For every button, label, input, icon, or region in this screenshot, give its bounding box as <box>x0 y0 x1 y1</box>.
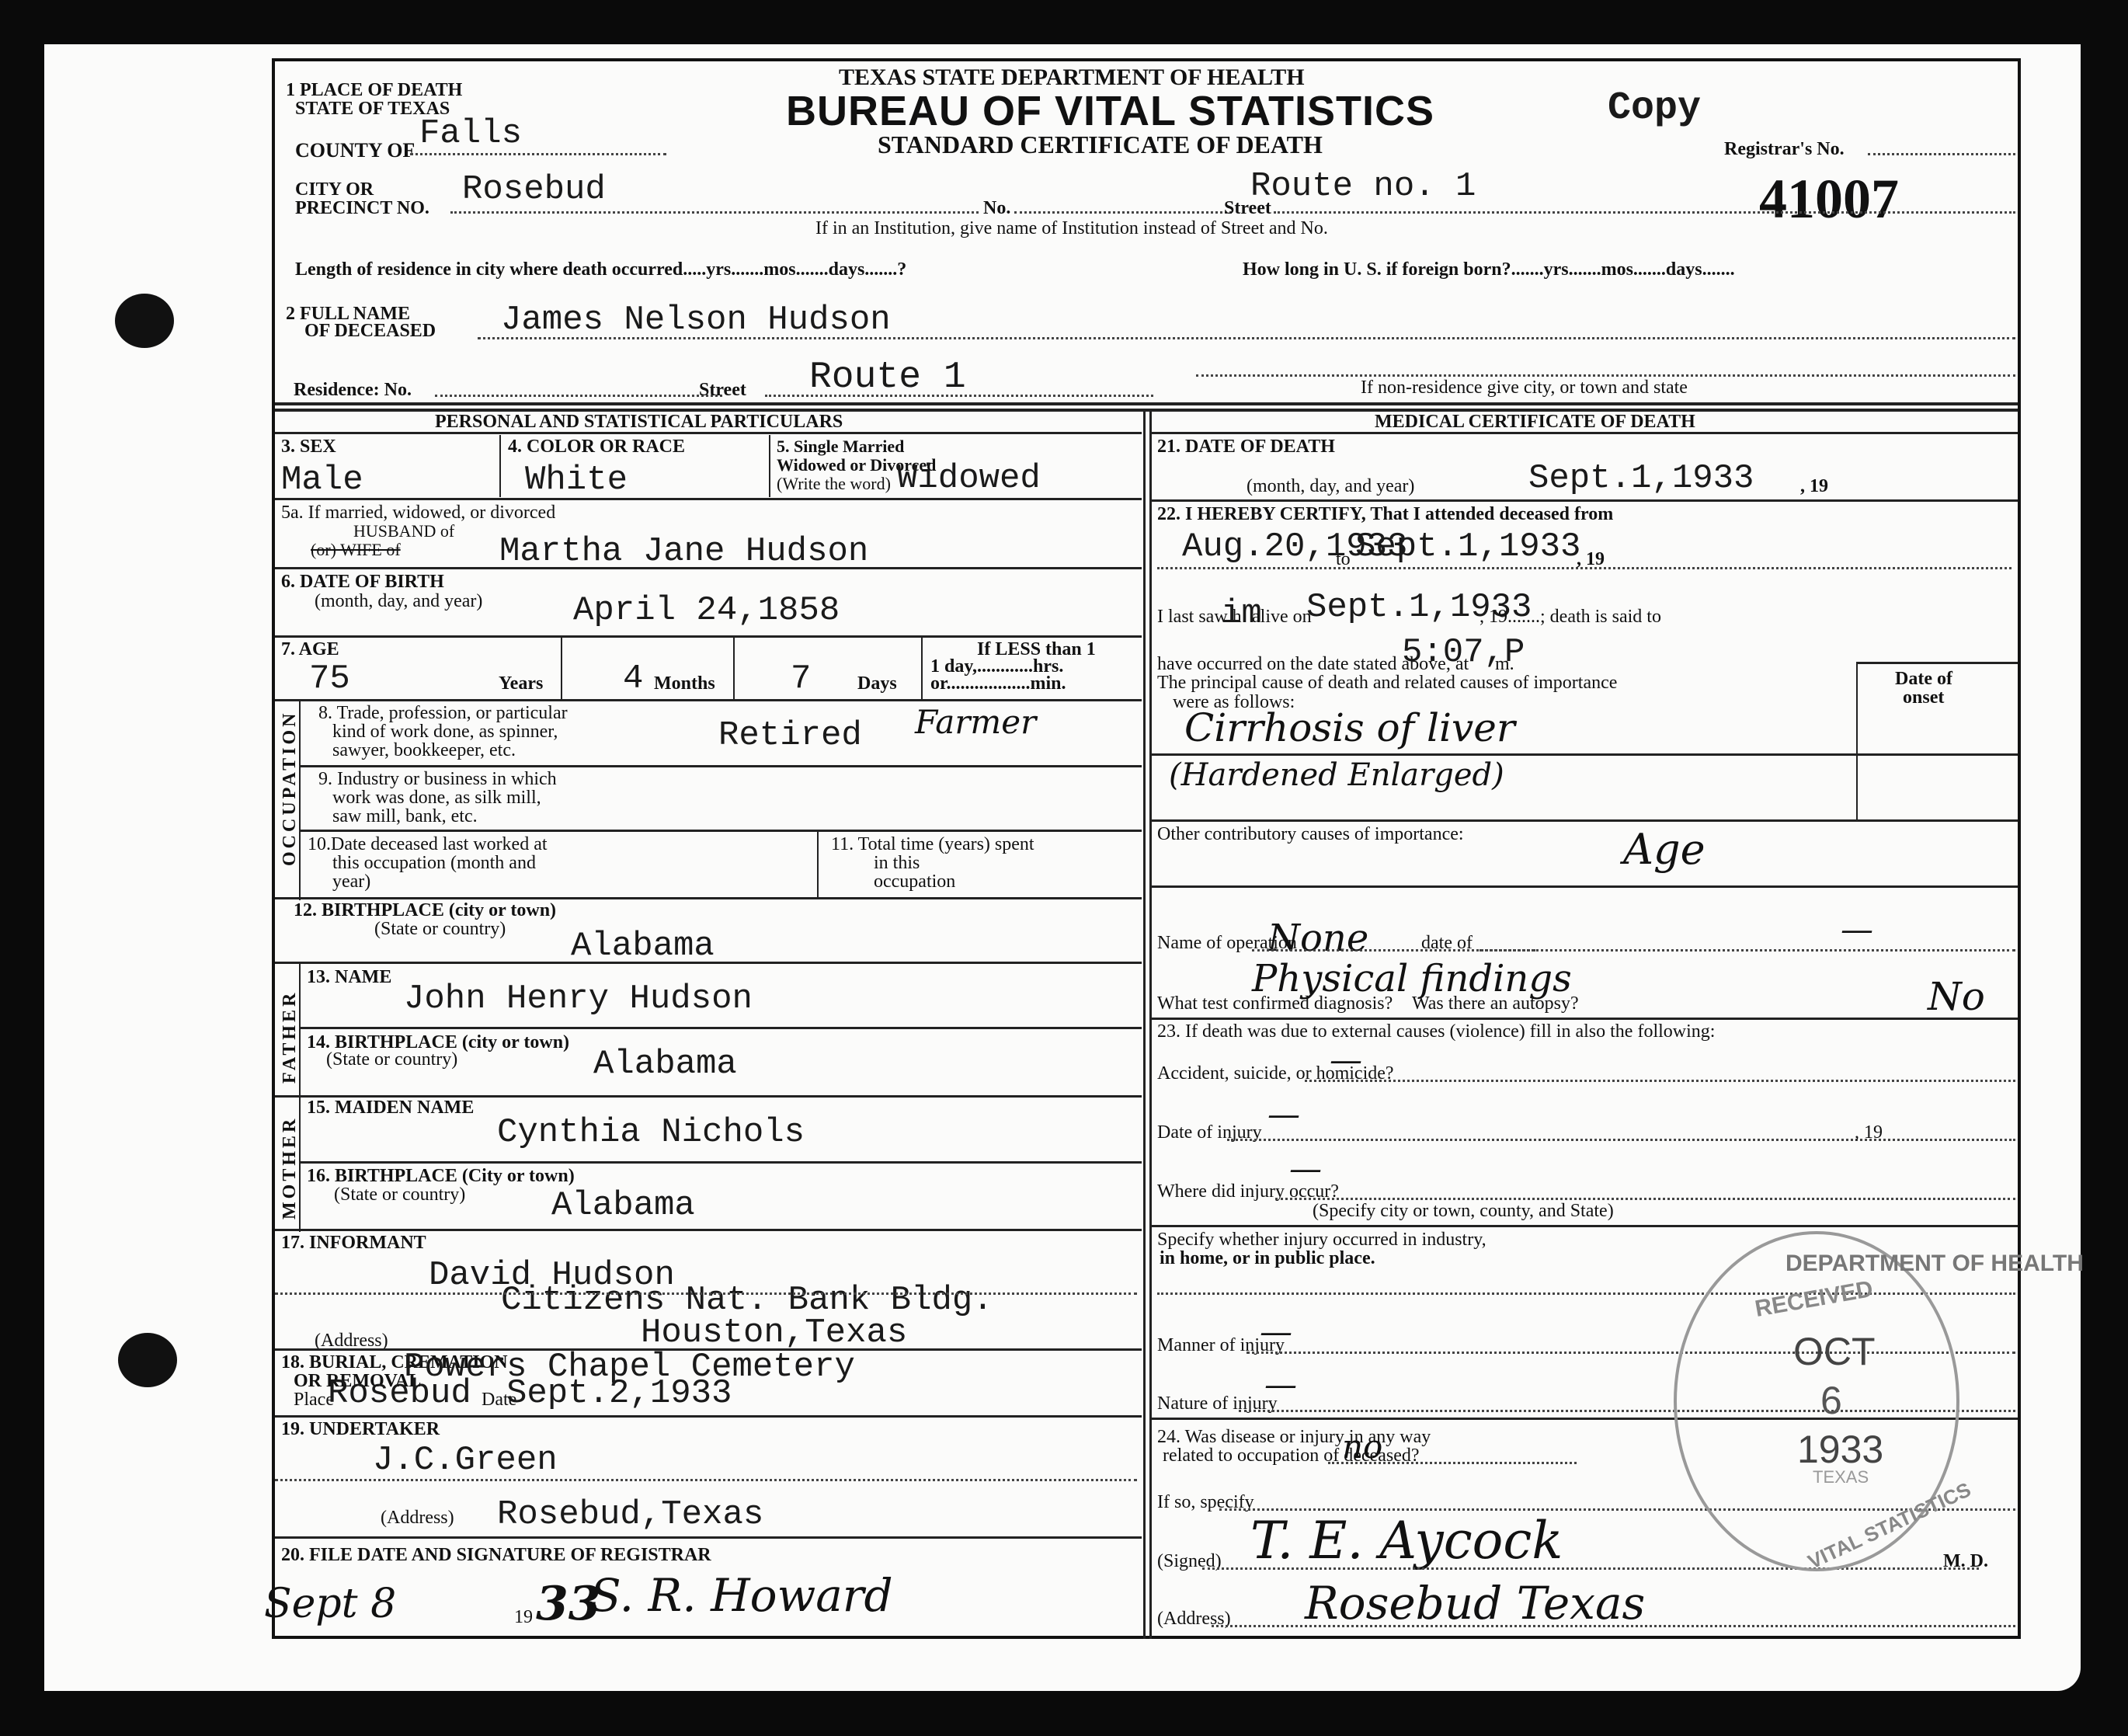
divider <box>275 402 2018 405</box>
stamp-received: RECEIVED <box>1753 1277 1875 1322</box>
registrar-year-prefix: 19 <box>514 1608 533 1627</box>
mother-birthplace-label-2: (State or country) <box>334 1185 465 1205</box>
mother-side-label: MOTHER <box>280 1116 301 1219</box>
physician-signature: T. E. Aycock <box>1250 1511 1563 1571</box>
divider <box>1152 499 2018 502</box>
trade-label-1: 8. Trade, profession, or particular <box>318 704 568 723</box>
punch-hole-top <box>115 294 174 348</box>
divider <box>275 498 1142 500</box>
dod-sub-label: (month, day, and year) <box>1247 477 1414 496</box>
punch-hole-bottom <box>118 1333 177 1387</box>
attended-to: Sept.1,1933 <box>1355 530 1580 564</box>
race-value: White <box>525 463 628 497</box>
dod-value: Sept.1,1933 <box>1528 461 1754 496</box>
injury-setting-label-2: in home, or in public place. <box>1160 1249 1375 1268</box>
undertaker-label: 19. UNDERTAKER <box>281 1420 440 1439</box>
county-value: Falls <box>419 117 522 151</box>
residence-no-line <box>435 395 722 397</box>
cell-divider <box>921 637 923 699</box>
onset-divider <box>1856 662 1858 821</box>
cell-divider <box>733 637 735 699</box>
autopsy-label: Was there an autopsy? <box>1412 994 1579 1014</box>
birthplace-label-2: (State or country) <box>374 920 506 939</box>
informant-line <box>275 1292 1137 1295</box>
divider <box>275 1415 1142 1418</box>
divider <box>1152 432 2018 434</box>
no-label: No. <box>983 199 1010 218</box>
residence-length-label: Length of residence in city where death … <box>295 260 906 280</box>
cell-divider <box>817 831 819 897</box>
full-name-value: James Nelson Hudson <box>501 303 891 337</box>
injury-place-note: (Specify city or town, county, and State… <box>1313 1202 1614 1221</box>
foreign-born-label: How long in U. S. if foreign born?......… <box>1243 260 1735 280</box>
operation-value: None <box>1267 917 1368 960</box>
contributory-label: Other contributory causes of importance: <box>1157 825 1464 844</box>
residence-street-line <box>765 395 1153 397</box>
copy-mark: Copy <box>1608 89 1701 128</box>
divider <box>275 567 1142 569</box>
street-line <box>1274 211 2015 214</box>
dod-suffix: , 19 <box>1800 477 1828 496</box>
time-suffix: m. <box>1495 655 1514 674</box>
column-divider <box>1143 412 1146 1639</box>
divider <box>1152 819 2018 822</box>
trade-label-3: sawyer, bookkeeper, etc. <box>332 741 516 760</box>
informant-address-line-2: Houston,Texas <box>641 1316 907 1350</box>
burial-date: Sept.2,1933 <box>506 1376 732 1411</box>
residence-street-value: Route 1 <box>809 359 966 396</box>
dob-value: April 24,1858 <box>573 593 840 628</box>
undertaker-line <box>275 1479 1137 1481</box>
industry-label-1: 9. Industry or business in which <box>318 770 557 789</box>
nature-value: — <box>1264 1365 1297 1404</box>
injury-setting-label-1: Specify whether injury occurred in indus… <box>1157 1230 1486 1250</box>
divider <box>275 699 1142 701</box>
onset-label-1: Date of <box>1895 670 1952 689</box>
md-label: M. D. <box>1943 1552 1988 1571</box>
certify-label: 22. I HEREBY CERTIFY, That I attended de… <box>1157 505 1613 524</box>
divider <box>275 1536 1142 1539</box>
no-line <box>1014 211 1232 214</box>
cause-2: (Hardened Enlarged) <box>1169 757 1504 793</box>
mother-birthplace-value: Alabama <box>551 1188 695 1223</box>
personal-heading: PERSONAL AND STATISTICAL PARTICULARS <box>435 412 843 432</box>
father-name-label: 13. NAME <box>307 968 391 987</box>
full-name-line <box>478 337 2015 339</box>
operation-date-line <box>1480 949 2015 951</box>
cell-divider <box>769 435 770 497</box>
spouse-label-1: 5a. If married, widowed, or divorced <box>281 503 555 523</box>
external-label: 23. If death was due to external causes … <box>1157 1022 1715 1042</box>
divider <box>301 765 1142 767</box>
injury-place-value: — <box>1289 1150 1322 1188</box>
city-label-2: PRECINCT NO. <box>295 199 429 218</box>
mother-birthplace-label-1: 16. BIRTHPLACE (City or town) <box>307 1167 575 1186</box>
bureau-title: BUREAU OF VITAL STATISTICS <box>786 87 1434 135</box>
birthplace-label-1: 12. BIRTHPLACE (city or town) <box>294 901 556 920</box>
occupational-label-1: 24. Was disease or injury in any way <box>1157 1428 1431 1447</box>
injury-date-suffix: , 19 <box>1855 1123 1883 1143</box>
certificate-title: STANDARD CERTIFICATE OF DEATH <box>878 132 1323 158</box>
institution-note: If in an Institution, give name of Insti… <box>815 219 1328 238</box>
father-name-value: John Henry Hudson <box>404 982 753 1016</box>
cell-divider <box>561 637 562 699</box>
full-name-label-2: OF DECEASED <box>304 322 436 341</box>
registrar-signature: S. R. Howard <box>590 1569 893 1622</box>
spouse-label-2: HUSBAND of <box>353 522 454 540</box>
medical-heading: MEDICAL CERTIFICATE OF DEATH <box>1375 412 1695 432</box>
accident-value: — <box>1330 1041 1362 1079</box>
stamp-top-text: DEPARTMENT OF HEALTH <box>1786 1251 2084 1276</box>
county-label: COUNTY OF <box>295 140 415 161</box>
registrar-no-line <box>1868 153 2015 155</box>
occupational-line <box>1328 1462 1577 1464</box>
divider <box>275 962 1142 964</box>
divider <box>1856 662 2018 664</box>
death-said-label: , 19.......; death is said to <box>1480 607 1661 627</box>
divider <box>275 897 1142 899</box>
alive-on-label: alive on <box>1252 607 1312 627</box>
spouse-value: Martha Jane Hudson <box>499 534 868 569</box>
physician-address: Rosebud Texas <box>1305 1577 1645 1630</box>
trade-label-2: kind of work done, as spinner, <box>332 722 558 742</box>
father-side-label: FATHER <box>280 990 301 1084</box>
manner-value: — <box>1260 1313 1292 1351</box>
column-divider <box>1149 412 1152 1639</box>
divider <box>275 1229 1142 1231</box>
informant-address-line-1: Citizens Nat. Bank Bldg. <box>501 1283 993 1317</box>
dob-label-2: (month, day, and year) <box>315 592 482 611</box>
race-label: 4. COLOR OR RACE <box>508 437 685 457</box>
stamp-year: 1933 <box>1797 1427 1883 1472</box>
divider <box>1152 1018 2018 1020</box>
divider <box>1152 753 2018 756</box>
attended-suffix: , 19 <box>1577 550 1605 569</box>
father-birthplace-label-2: (State or country) <box>326 1050 457 1070</box>
city-line <box>450 211 979 214</box>
address-line <box>1212 1625 2015 1627</box>
marital-label-1: 5. Single Married <box>777 437 904 455</box>
registrar-label: 20. FILE DATE AND SIGNATURE OF REGISTRAR <box>281 1546 711 1565</box>
stamp-month: OCT <box>1793 1329 1876 1374</box>
mother-name-value: Cynthia Nichols <box>497 1115 805 1150</box>
industry-label-3: saw mill, bank, etc. <box>332 807 478 826</box>
undertaker-address: Rosebud,Texas <box>497 1498 763 1532</box>
contributory-value: Age <box>1623 825 1706 874</box>
nonresidence-line <box>1196 374 2015 377</box>
divider <box>1152 1225 2018 1227</box>
totaltime-label-3: occupation <box>874 872 955 892</box>
divider <box>1152 885 2018 888</box>
residence-no-label: Residence: No. <box>294 381 412 400</box>
registrar-number: 41007 <box>1759 167 1899 231</box>
age-years-value: 75 <box>309 662 350 696</box>
burial-place: Rosebud <box>328 1376 471 1411</box>
age-label: 7. AGE <box>281 640 339 659</box>
marital-value: Widowed <box>897 461 1041 496</box>
stamp-state: TEXAS <box>1813 1467 1869 1487</box>
street-value: Route no. 1 <box>1250 169 1476 204</box>
cause-1: Cirrhosis of liver <box>1184 705 1515 750</box>
lastwork-label-3: year) <box>332 872 370 892</box>
to-label: to <box>1336 550 1351 569</box>
operation-date-value: — <box>1841 910 1873 948</box>
industry-label-2: work was done, as silk mill, <box>332 788 541 808</box>
totaltime-label-2: in this <box>874 854 920 873</box>
mother-name-label: 15. MAIDEN NAME <box>307 1098 474 1118</box>
injury-place-line <box>1275 1198 2015 1200</box>
cause-label-1: The principal cause of death and related… <box>1157 673 1617 693</box>
divider <box>275 635 1142 638</box>
divider <box>301 830 1142 832</box>
birthplace-value: Alabama <box>571 929 715 963</box>
county-line <box>410 153 666 155</box>
injury-date-value: — <box>1267 1095 1300 1133</box>
divider <box>301 1027 1142 1029</box>
operation-date-label: date of <box>1421 934 1473 953</box>
registrar-file-date: Sept 8 <box>264 1581 396 1627</box>
residence-street-label: Street <box>699 381 746 400</box>
sex-label: 3. SEX <box>281 437 336 457</box>
days-label: Days <box>857 674 897 694</box>
occupational-value: no <box>1342 1428 1382 1466</box>
dod-label: 21. DATE OF DEATH <box>1157 437 1335 457</box>
lastwork-label-1: 10.Date deceased last worked at <box>308 835 548 854</box>
injury-date-line <box>1227 1139 2015 1141</box>
trade-value: Retired <box>718 718 862 753</box>
less-than-label-3: or..................min. <box>930 674 1066 694</box>
undertaker-name: J.C.Green <box>373 1443 558 1477</box>
age-months-value: 4 <box>623 662 643 696</box>
marital-label-3: (Write the word) <box>777 475 891 492</box>
registrar-no-label: Registrar's No. <box>1724 140 1845 159</box>
divider <box>301 1161 1142 1164</box>
months-label: Months <box>654 674 715 694</box>
lastwork-label-2: this occupation (month and <box>332 854 536 873</box>
years-label: Years <box>499 674 543 694</box>
agency-title: TEXAS STATE DEPARTMENT OF HEALTH <box>839 65 1305 90</box>
accident-line <box>1305 1080 2015 1082</box>
occupation-side-label: OCCUPATION <box>280 711 301 866</box>
place-of-death-label: 1 PLACE OF DEATH <box>286 81 462 100</box>
undertaker-address-label: (Address) <box>381 1508 454 1528</box>
city-value: Rosebud <box>462 172 606 207</box>
autopsy-value: No <box>1928 974 1985 1019</box>
sex-value: Male <box>281 463 363 497</box>
spouse-label-3: (or) WIFE of <box>311 541 401 558</box>
trade-handwritten: Farmer <box>915 703 1036 741</box>
divider <box>275 432 1142 434</box>
informant-label: 17. INFORMANT <box>281 1233 426 1253</box>
dob-label-1: 6. DATE OF BIRTH <box>281 572 444 592</box>
stamp-day: 6 <box>1820 1378 1842 1423</box>
city-label-1: CITY OR <box>295 180 374 200</box>
received-stamp: DEPARTMENT OF HEALTH RECEIVED OCT 6 1933… <box>1674 1231 1959 1571</box>
father-birthplace-value: Alabama <box>593 1047 737 1081</box>
signed-line <box>1202 1567 1979 1570</box>
nonresidence-note: If non-residence give city, or town and … <box>1361 378 1688 398</box>
onset-label-2: onset <box>1903 688 1944 708</box>
totaltime-label-1: 11. Total time (years) spent <box>831 835 1034 854</box>
age-days-value: 7 <box>791 662 811 696</box>
cell-divider <box>499 435 501 497</box>
